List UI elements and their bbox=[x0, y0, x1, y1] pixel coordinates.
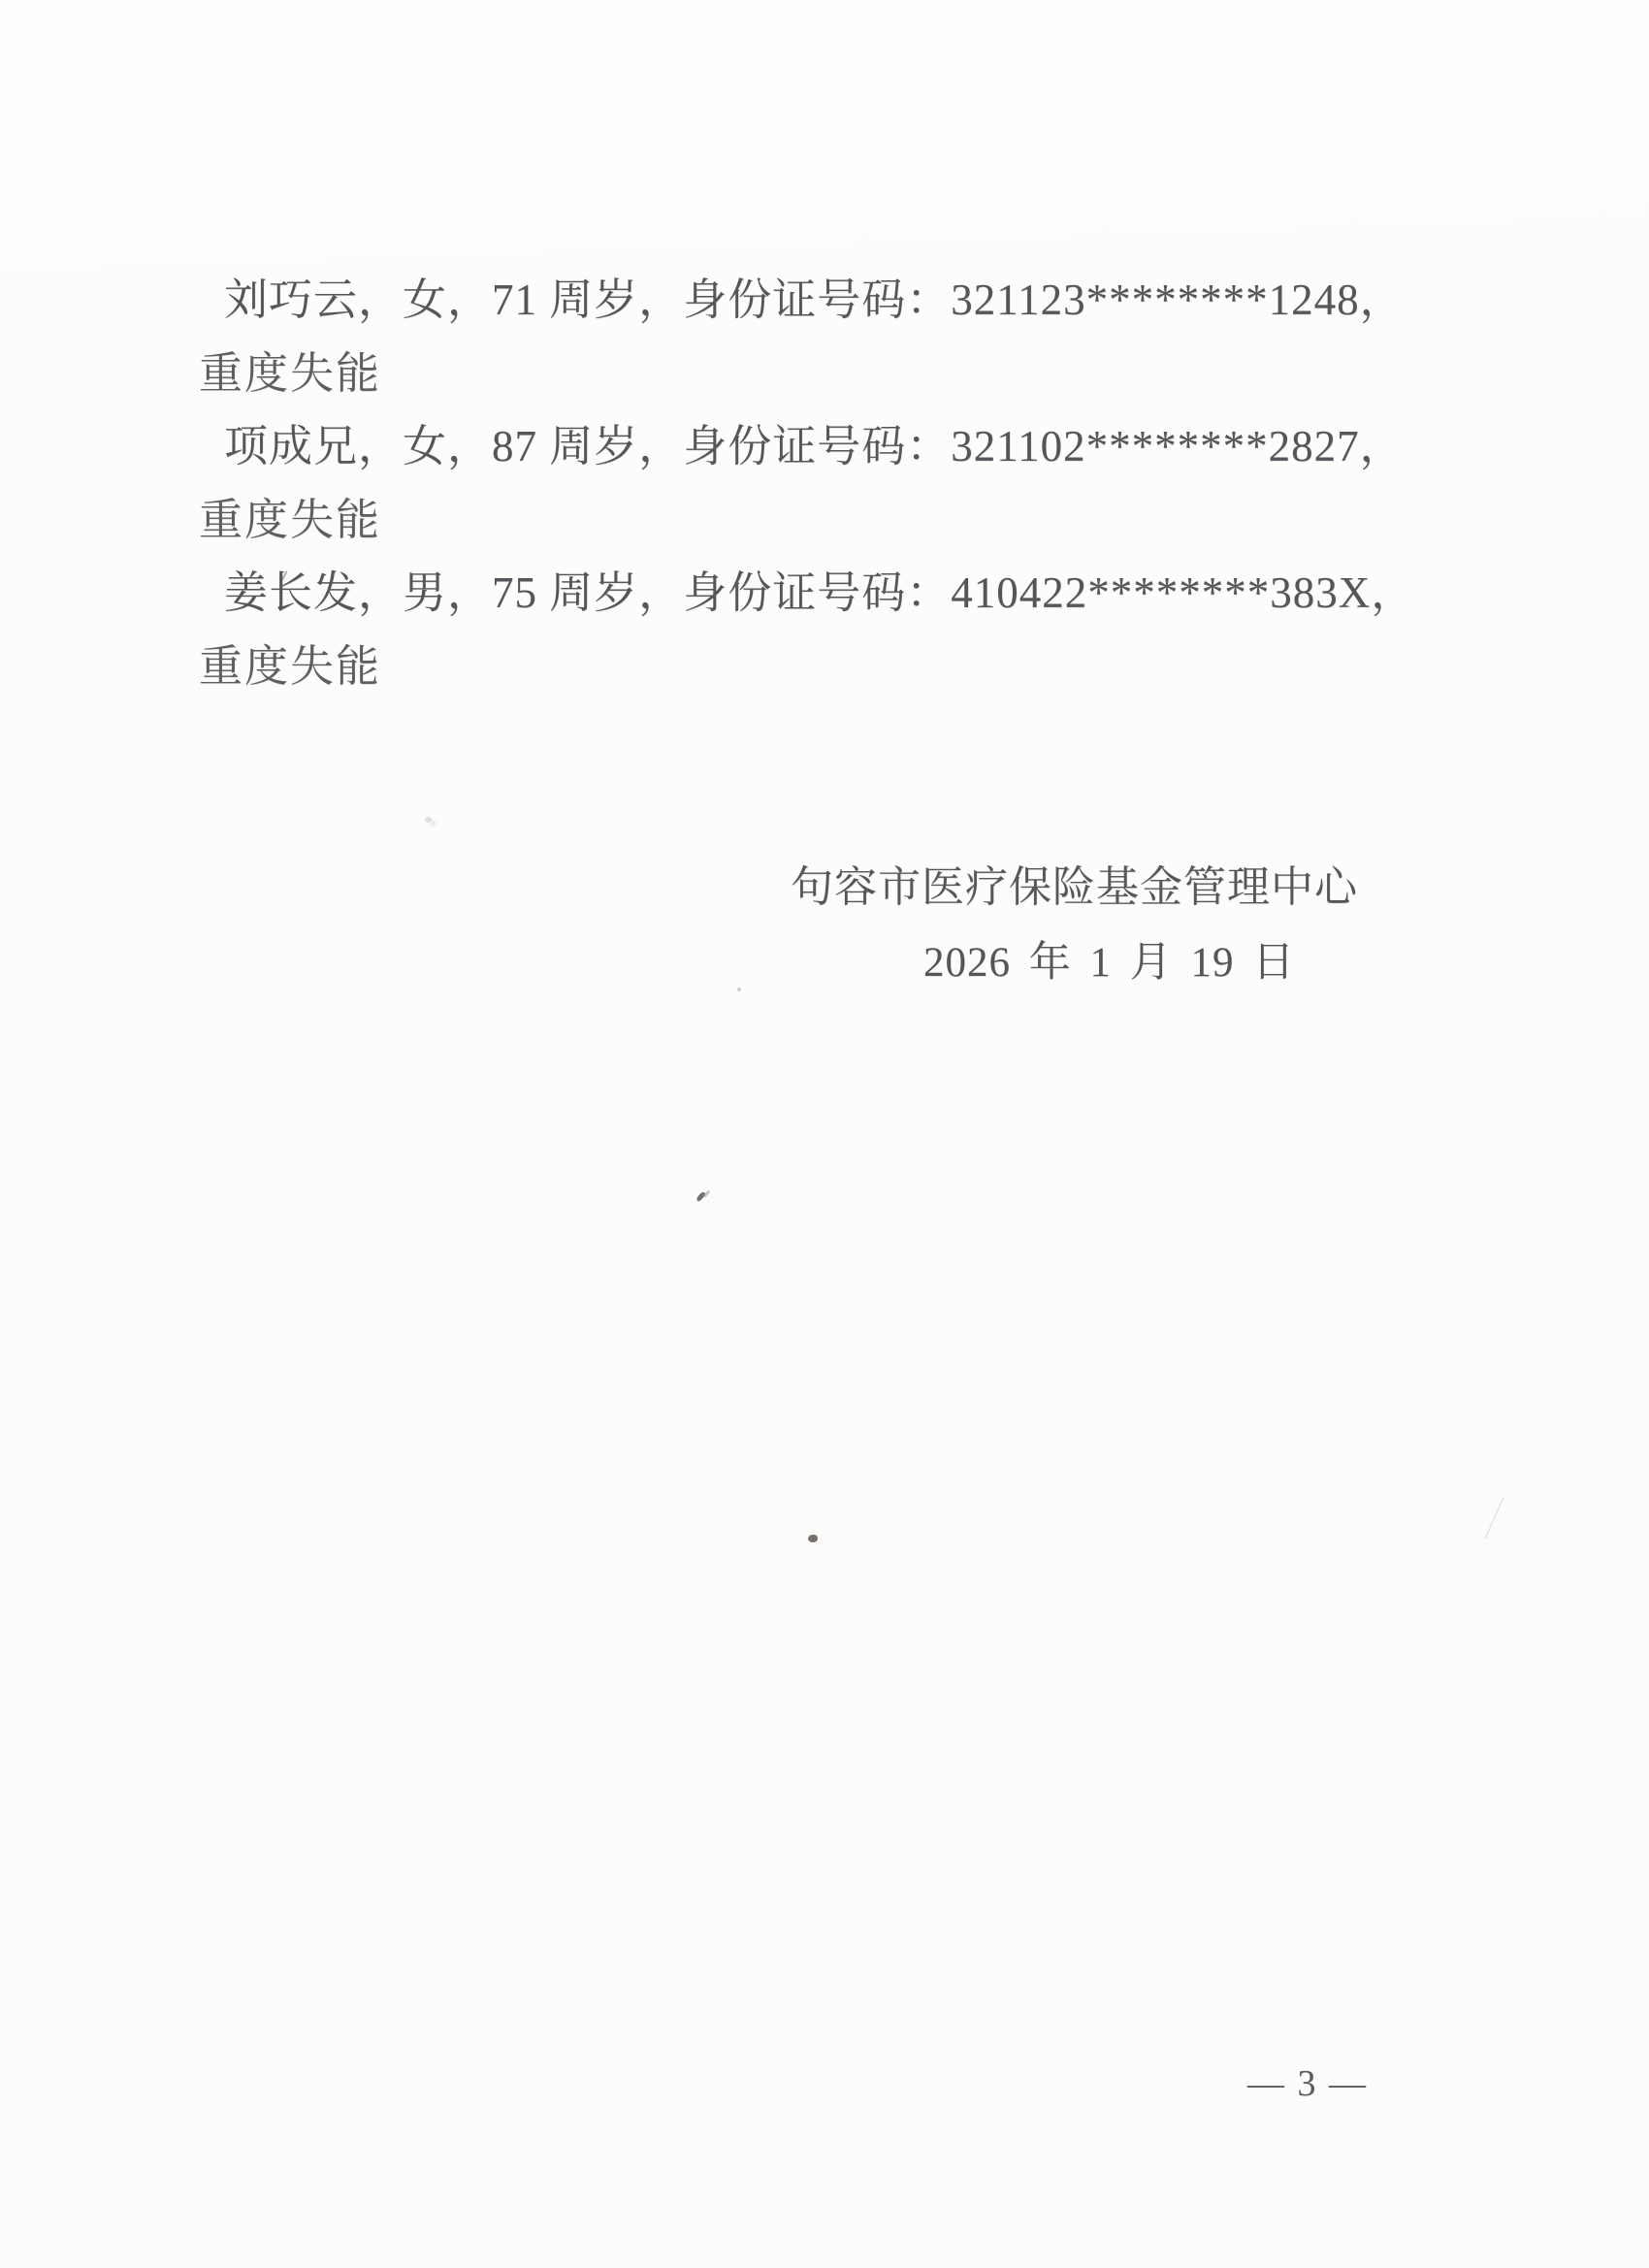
person-status-line: 重度失能 bbox=[199, 631, 1402, 704]
issue-date: 2026 年 1 月 19 日 bbox=[923, 929, 1295, 988]
scan-speck bbox=[695, 1191, 706, 1203]
person-detail-line: 刘巧云，女，71 周岁，身份证号码：321123********1248， bbox=[199, 264, 1402, 338]
scanned-document-page: 刘巧云，女，71 周岁，身份证号码：321123********1248， 重度… bbox=[0, 0, 1649, 2268]
scan-speck bbox=[737, 988, 741, 991]
person-entry: 项成兄，女，87 周岁，身份证号码：321102********2827， 重度… bbox=[199, 410, 1402, 557]
scan-speck bbox=[425, 817, 432, 823]
person-status-line: 重度失能 bbox=[199, 338, 1402, 411]
page-number: — 3 — bbox=[1247, 2062, 1368, 2105]
person-detail-line: 项成兄，女，87 周岁，身份证号码：321102********2827， bbox=[199, 410, 1402, 484]
scan-speck bbox=[1485, 1498, 1504, 1539]
scan-speck bbox=[808, 1535, 818, 1542]
person-detail-line: 姜长发，男，75 周岁，身份证号码：410422********383X， bbox=[199, 557, 1402, 631]
notice-body: 刘巧云，女，71 周岁，身份证号码：321123********1248， 重度… bbox=[199, 264, 1402, 703]
person-entry: 刘巧云，女，71 周岁，身份证号码：321123********1248， 重度… bbox=[199, 264, 1402, 410]
person-entry: 姜长发，男，75 周岁，身份证号码：410422********383X， 重度… bbox=[199, 557, 1402, 703]
person-status-line: 重度失能 bbox=[199, 484, 1402, 558]
issuer-signature: 句容市医疗保险基金管理中心 bbox=[791, 852, 1358, 914]
